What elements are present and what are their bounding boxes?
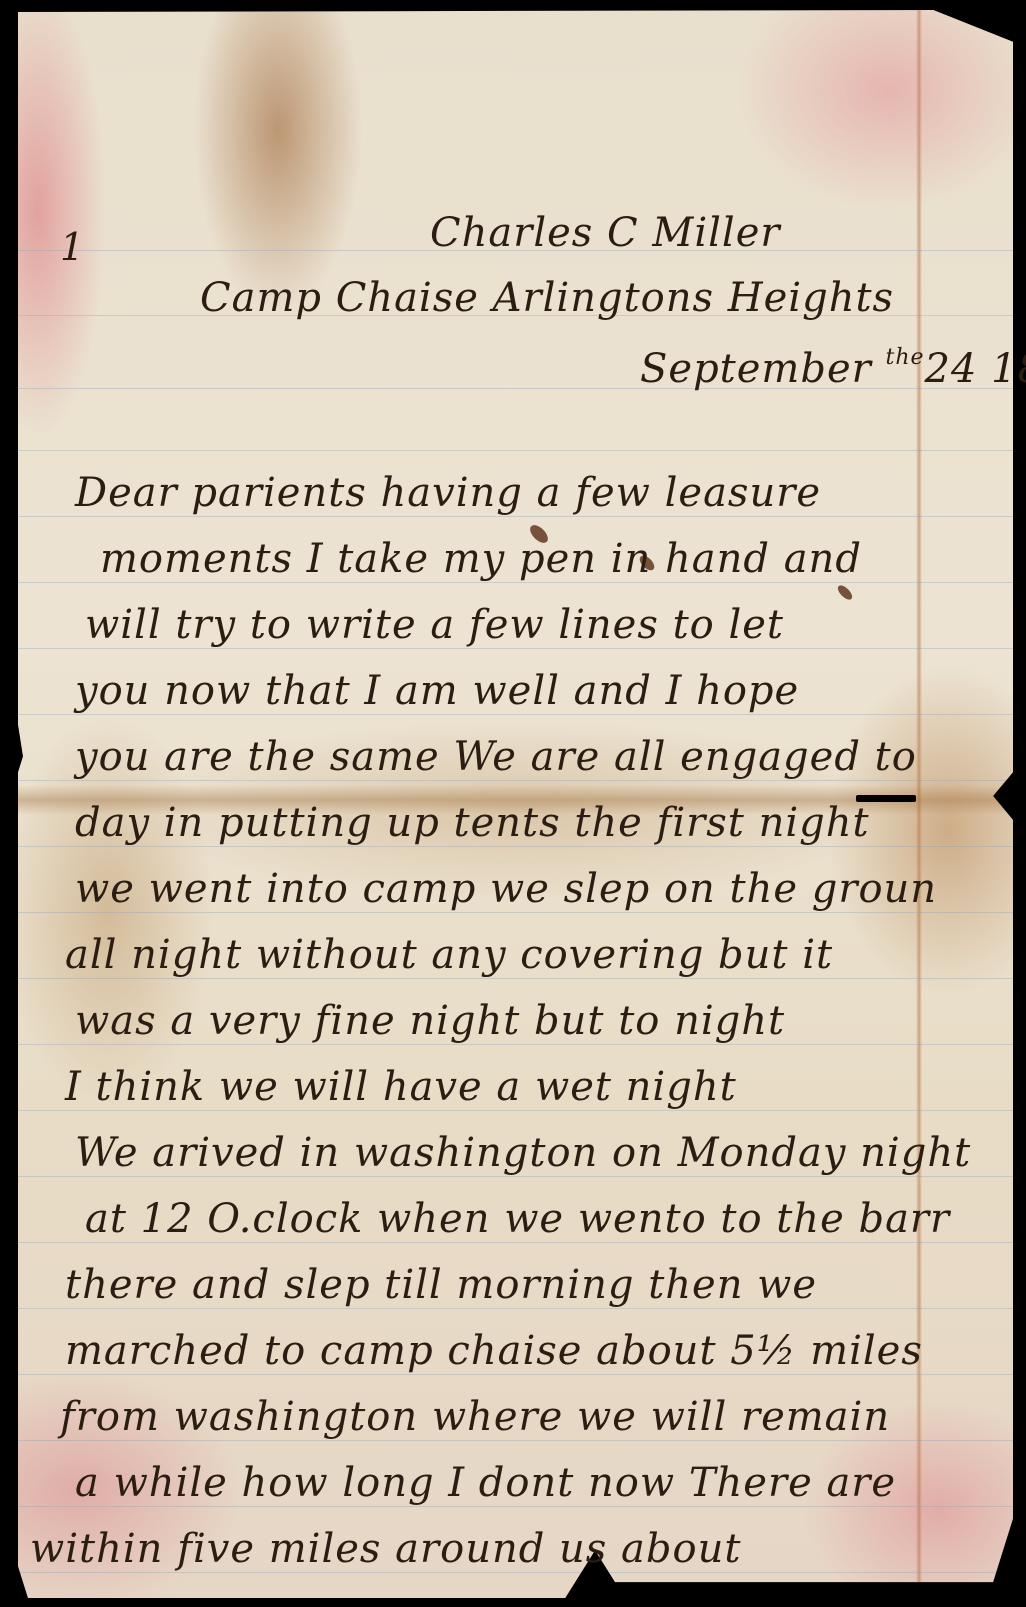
body-line: from washington where we will remain xyxy=(60,1394,890,1440)
ruled-line xyxy=(18,1440,1013,1441)
ruled-line xyxy=(18,516,1013,517)
date-year: 1862 xyxy=(991,346,1026,392)
ruled-line xyxy=(18,1044,1013,1045)
body-line: you now that I am well and I hope xyxy=(75,668,799,714)
body-line: marched to camp chaise about 5½ miles xyxy=(65,1328,923,1374)
body-line: at 12 O.clock when we wento to the barr xyxy=(85,1196,950,1242)
body-line: We arived in washington on Monday night xyxy=(75,1130,971,1176)
ruled-line xyxy=(18,978,1013,979)
date-line: September the24 1862 xyxy=(640,345,1026,392)
date-day-suffix: the xyxy=(885,345,924,370)
ruled-line xyxy=(18,1308,1013,1309)
body-line: all night without any covering but it xyxy=(65,932,833,978)
ruled-line xyxy=(18,582,1013,583)
body-line: you are the same We are all engaged to xyxy=(75,734,917,780)
ruled-line xyxy=(18,1374,1013,1375)
date-day: 24 xyxy=(925,346,978,392)
body-line: we went into camp we slep on the groun xyxy=(75,866,937,912)
page-number: 1 xyxy=(60,225,85,269)
ink-blot xyxy=(835,583,854,602)
body-line: a while how long I dont now There are xyxy=(75,1460,896,1506)
ruled-line xyxy=(18,450,1013,451)
body-line: moments I take my pen in hand and xyxy=(100,536,862,582)
body-line: within five miles around us about xyxy=(30,1526,741,1572)
location: Camp Chaise Arlingtons Heights xyxy=(200,275,894,321)
author-name: Charles C Miller xyxy=(430,210,781,256)
ruled-line xyxy=(18,1242,1013,1243)
body-line: will try to write a few lines to let xyxy=(85,602,784,648)
body-line: Dear parients having a few leasure xyxy=(75,470,821,516)
ruled-line xyxy=(18,1110,1013,1111)
body-line: there and slep till morning then we xyxy=(65,1262,817,1308)
ruled-line xyxy=(18,1572,1013,1573)
ruled-line xyxy=(18,780,1013,781)
ruled-line xyxy=(18,846,1013,847)
ruled-line xyxy=(18,714,1013,715)
ruled-line xyxy=(18,1176,1013,1177)
body-line: day in putting up tents the first night xyxy=(75,800,870,846)
date-month: September xyxy=(640,346,872,392)
body-line: was a very fine night but to night xyxy=(75,998,785,1044)
ruled-line xyxy=(18,912,1013,913)
ruled-line xyxy=(18,1506,1013,1507)
body-line: I think we will have a wet night xyxy=(65,1064,737,1110)
ruled-line xyxy=(18,648,1013,649)
